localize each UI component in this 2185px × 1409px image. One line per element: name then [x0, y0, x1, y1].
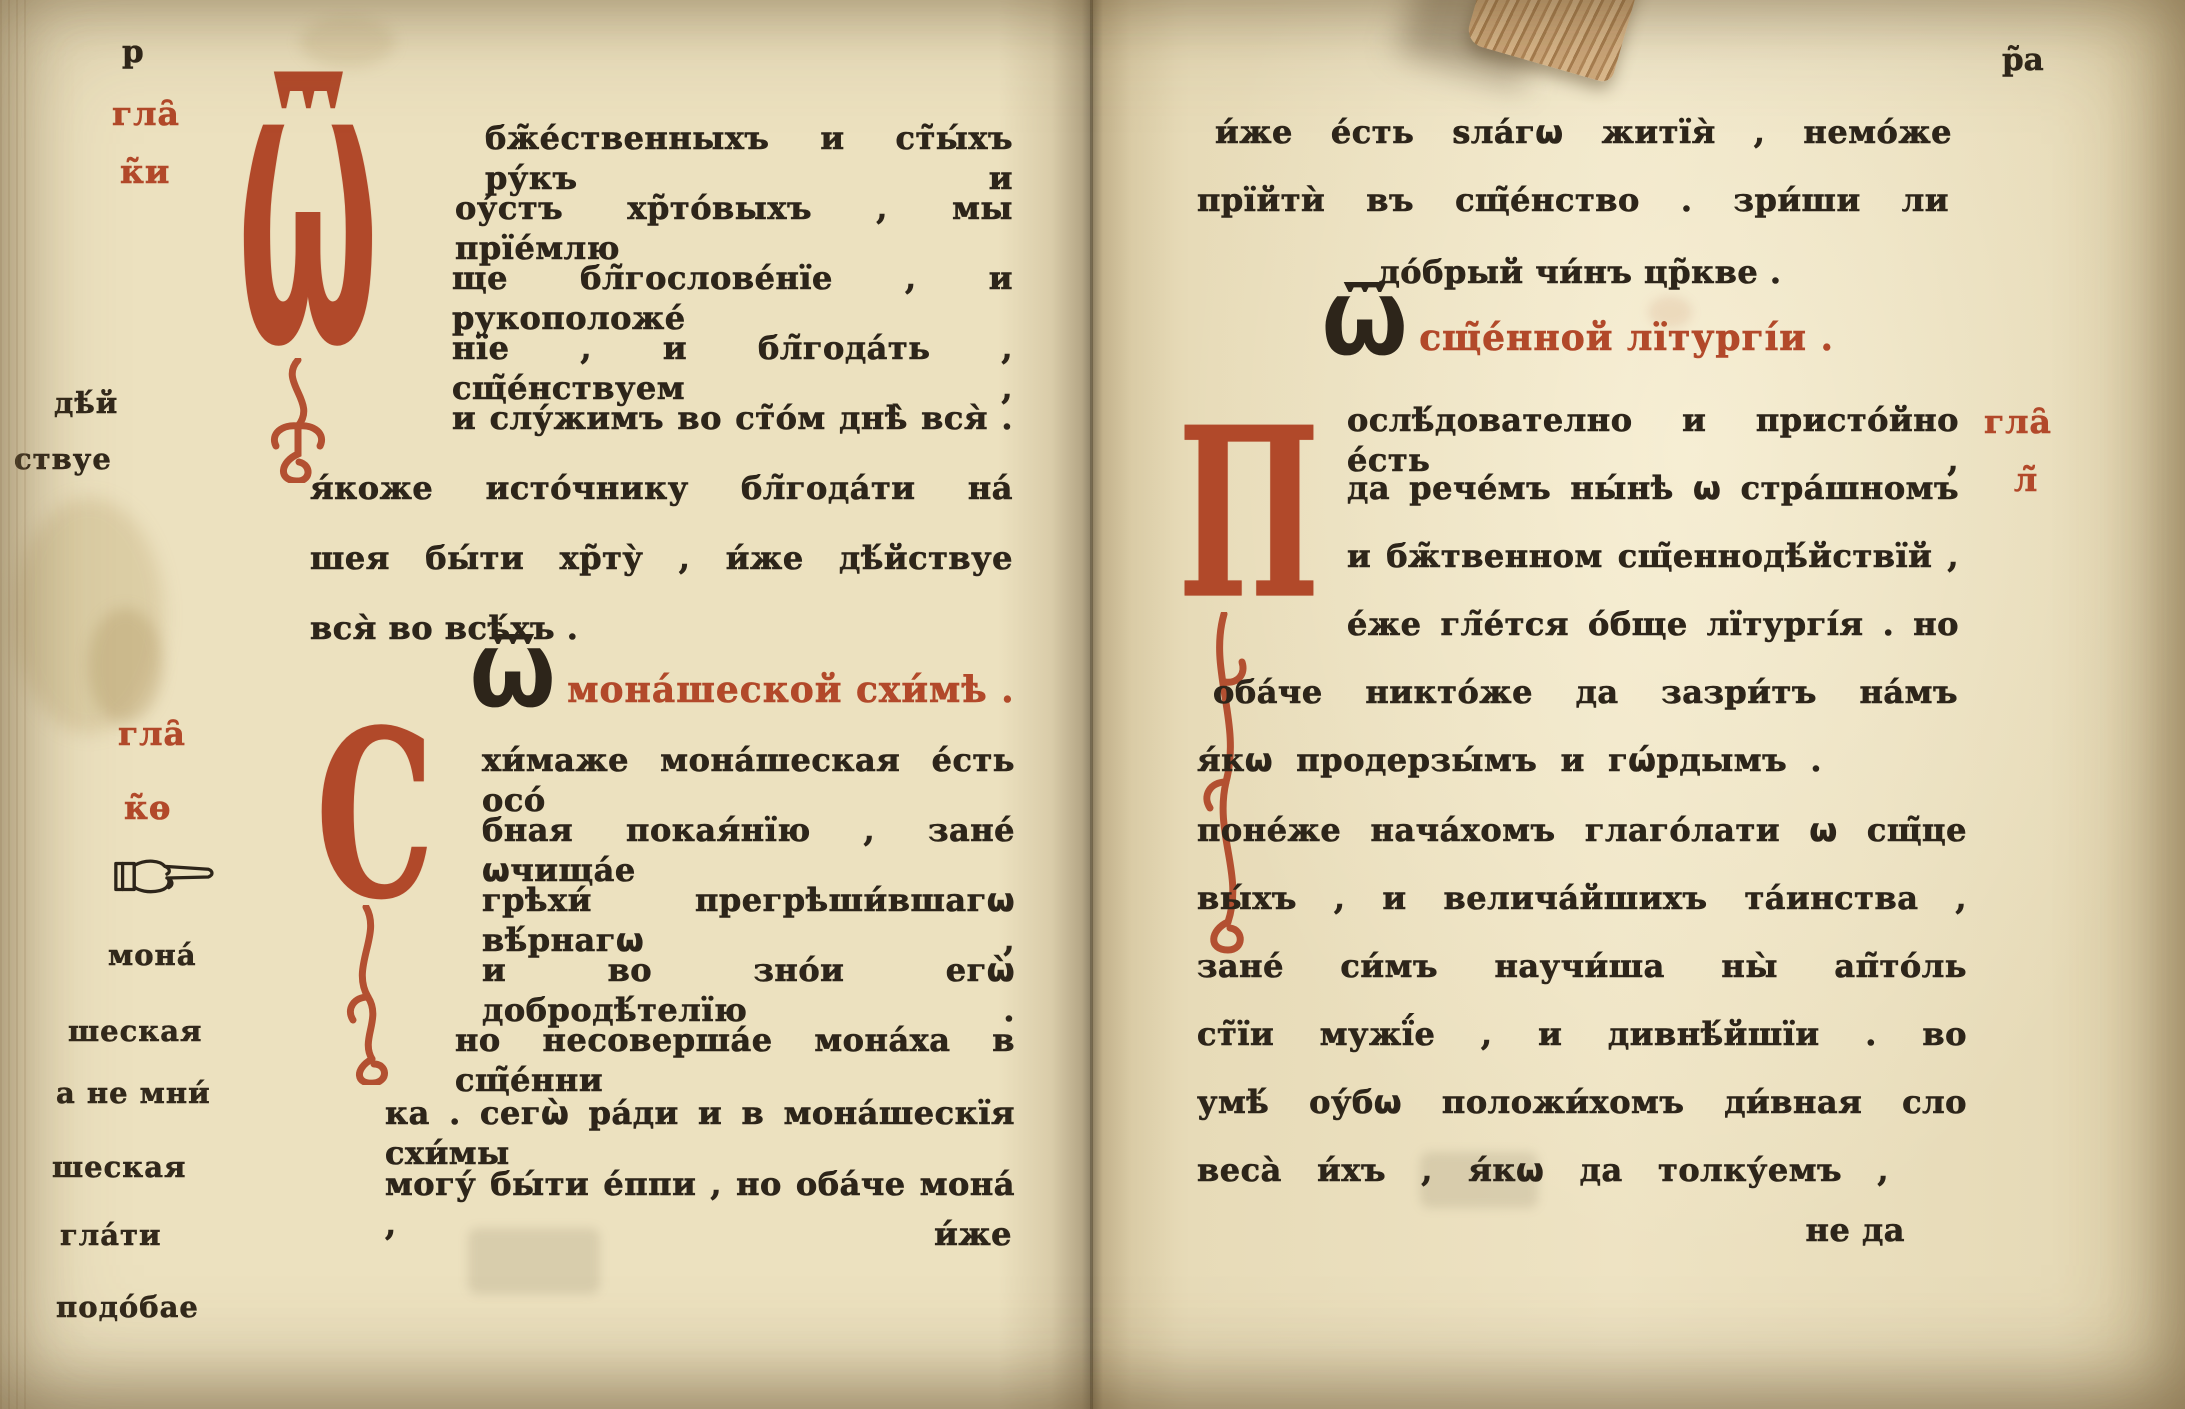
text-line: оу́стъ хр̃то́выхъ , мы прїе́млю [455, 188, 1013, 268]
text-line: ка . сегѡ̀ ра́ди и в мона́шескїя схи́мы [385, 1093, 1015, 1173]
text-line: и бж̃твенном сщ̃еннодѣ́йствїй , [1347, 536, 1959, 576]
text-line: нїе , и бл̃года́ть , сщ̃е́нствуем , [452, 328, 1013, 408]
text-line: я́кѡ продерзы́мъ и гѡ́рдымъ . [1197, 740, 1822, 780]
chapter-marker-label: гла̑ [118, 714, 186, 753]
margin-note: ствуе [14, 442, 112, 476]
signature-mark: р [122, 34, 144, 70]
text-line: умѣ́ оу́бѡ положи́хомъ ди́вная сло [1197, 1082, 1967, 1122]
heading-text: сщ̃е́нной лїтургі́и . [1419, 320, 1834, 356]
text-line: и во зно́и егѡ̀ добродѣ́телїю . [482, 950, 1015, 1030]
text-line: бная покая́нїю , зане́ ѡчища́е [482, 810, 1015, 890]
margin-note: шеская [52, 1150, 186, 1184]
text-line: но несоверша́е мона́ха в сщ̃е́нни [455, 1020, 1015, 1100]
text-line: веса̀ и́хъ , я́кѡ да толку́емъ , [1197, 1150, 1889, 1190]
text-line: вы́хъ , и велича́йшихъ та́инства , [1197, 878, 1967, 918]
section-heading: Ѿ сщ̃е́нной лїтургі́и . [1322, 296, 1834, 360]
drop-cap-initial: С [316, 700, 434, 929]
text-line: и́же е́сть ѕла́гѡ житїя̀ , немо́же [1215, 112, 1952, 152]
chapter-marker-number: л̃ [2014, 460, 2038, 499]
catchword: не да [1795, 1210, 1905, 1250]
margin-note: гла́ти [60, 1218, 162, 1252]
margin-note: дѣ́й [54, 386, 118, 420]
heading-text: мона́шеской схи́мѣ . [567, 672, 1014, 708]
text-line: зане́ си́мъ научи́ша ны̀ ап̃то́ль [1197, 946, 1967, 986]
margin-note: мона́ [108, 938, 197, 972]
book-spread: р гла̑ к̃и дѣ́й ствуе гла̑ к̃ѳ мона́ шес… [0, 0, 2185, 1409]
heading-initial: Ѿ [1322, 296, 1407, 360]
text-line: вся̀ во всѣ́хъ . [310, 608, 830, 648]
text-line: хи́маже мона́шеская е́сть осо́ [482, 740, 1015, 820]
margin-note: шеская [68, 1014, 202, 1048]
text-line: прїйтѝ въ сщ̃е́нство . зри́ши ли [1197, 180, 1949, 220]
page-number: р̃а [2002, 42, 2044, 78]
text-line: е́же гл̃е́тся о́бще лїтургі́я . но [1347, 604, 1959, 644]
drop-cap-initial: Ѿ [238, 92, 378, 386]
heading-initial: Ѿ [470, 648, 555, 712]
text-line: шея бы́ти хр̃ту̀ , и́же дѣ́йствуе [310, 538, 1013, 578]
chapter-marker-number: к̃и [120, 152, 170, 191]
margin-note: а не мни́ [56, 1076, 211, 1110]
margin-note: подо́бае [56, 1290, 199, 1324]
section-heading: Ѿ мона́шеской схи́мѣ . [470, 648, 1015, 712]
text-line: я́коже исто́чнику бл̃года́ти на́ [310, 468, 1013, 508]
text-line: и слу́жимъ во ст̃о́м днѣ̀ вся̀ . [452, 398, 1013, 438]
drop-cap-initial: П [1178, 398, 1320, 631]
chapter-marker-label: гла̑ [1984, 402, 2052, 441]
chapter-marker-label: гла̑ [112, 94, 180, 133]
text-line: бж̃е́ственныхъ и ст̃ы́хъ ру́къ и [485, 118, 1013, 198]
text-line: поне́же нача́хомъ глаго́лати ѡ сщ̃це [1197, 810, 1967, 850]
text-line: оба́че никто́же да зазри́тъ на́мъ [1213, 672, 1958, 712]
text-line: да рече́мъ ны́нѣ ѡ стра́шномъ [1347, 468, 1959, 508]
text-line: ще бл̃гослове́нїе , и рукоположе́ [452, 258, 1013, 338]
chapter-marker-number: к̃ѳ [124, 788, 171, 827]
text-line: грѣхи́ прегрѣши́вшагѡ вѣ́рнагѡ , [482, 880, 1015, 960]
text-line: ст̃їи мужї́е , и дивнѣ́йшїи . во [1197, 1014, 1967, 1054]
catchword: и́же [900, 1214, 1012, 1254]
